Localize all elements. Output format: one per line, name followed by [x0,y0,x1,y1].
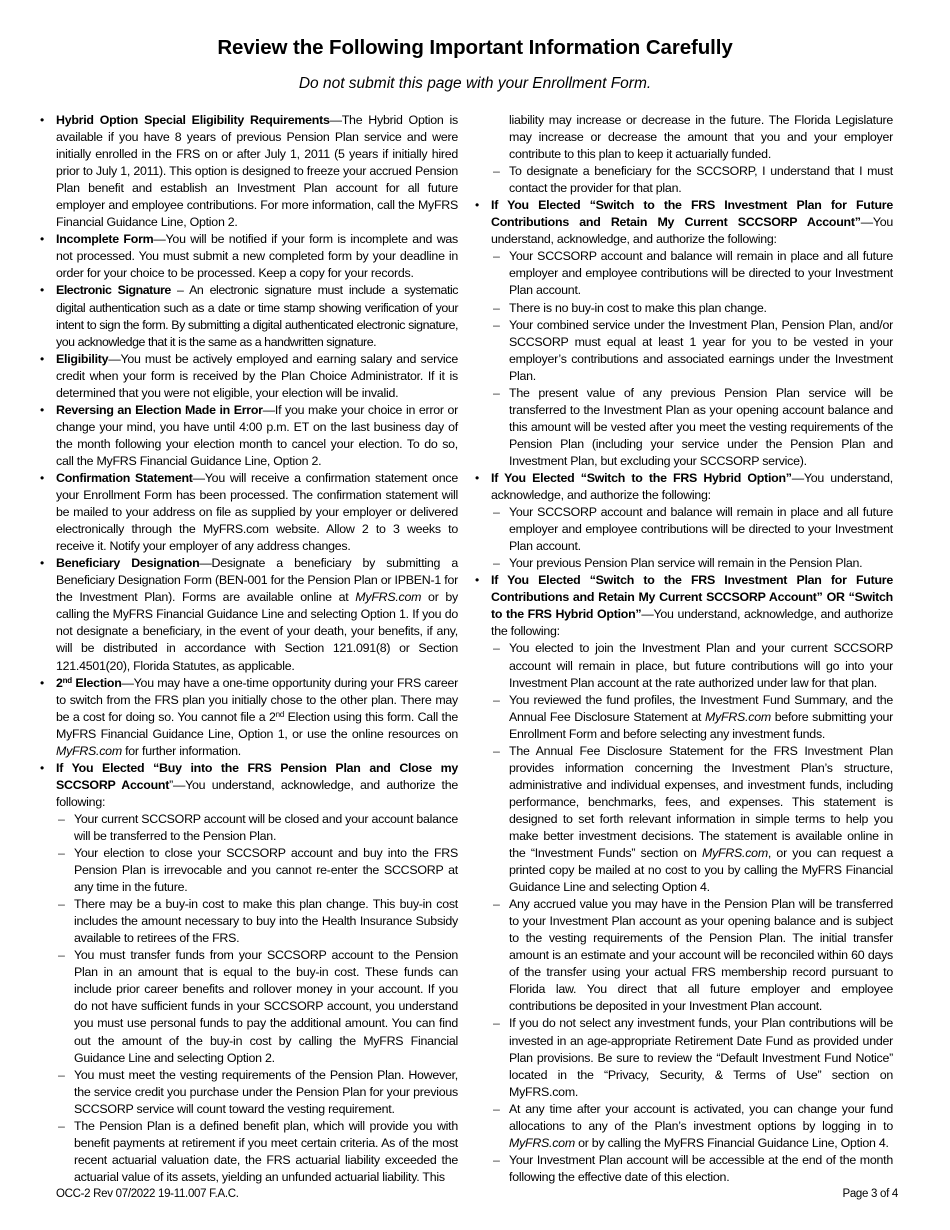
sub-item: –You elected to join the Investment Plan… [491,640,893,691]
dash-icon: – [58,1118,65,1135]
dash-icon: – [493,504,500,521]
list-item-beneficiary-designation: • Beneficiary Designation—Designate a be… [38,555,458,674]
dash-icon: – [493,317,500,334]
sub-item: –Your election to close your SCCSORP acc… [56,845,458,896]
myfrs-link: MyFRS.com [509,1136,575,1150]
item-heading: If You Elected “Switch to the FRS Invest… [491,198,893,229]
item-heading: Hybrid Option Special Eligibility Requir… [56,113,330,127]
item-body: for further information. [122,744,241,758]
page-number: Page 3 of 4 [842,1188,898,1200]
bullet-icon: • [475,470,479,487]
list-item-switch-hybrid: • If You Elected “Switch to the FRS Hybr… [473,470,893,572]
sub-item: –The Pension Plan is a defined benefit p… [56,1118,458,1186]
bullet-icon: • [40,112,44,129]
sub-list-switch-either: –You elected to join the Investment Plan… [491,640,893,1186]
sub-item: –You must transfer funds from your SCCSO… [56,947,458,1066]
sub-item: –Your previous Pension Plan service will… [491,555,893,572]
item-body: —You must be actively employed and earni… [56,352,458,400]
dash-icon: – [58,1067,65,1084]
dash-icon: – [493,555,500,572]
bullet-icon: • [40,282,44,299]
dash-icon: – [493,896,500,913]
list-item-electronic-signature: • Electronic Signature – An electronic s… [38,282,458,350]
item-heading: 2nd Election [56,676,122,690]
bullet-icon: • [40,470,44,487]
sub-item: –Your SCCSORP account and balance will r… [491,248,893,299]
dash-icon: – [493,385,500,402]
sub-item: –Your combined service under the Investm… [491,317,893,385]
dash-icon: – [493,163,500,180]
dash-icon: – [493,692,500,709]
info-list-left: • Hybrid Option Special Eligibility Requ… [38,112,458,1186]
list-item-confirmation-statement: • Confirmation Statement—You will receiv… [38,470,458,555]
sub-item: –You must meet the vesting requirements … [56,1067,458,1118]
bullet-icon: • [40,351,44,368]
sub-list-buy-into: –Your current SCCSORP account will be cl… [56,811,458,1186]
myfrs-link: MyFRS.com [355,590,421,604]
myfrs-link: MyFRS.com [702,846,768,860]
sub-item: –Your current SCCSORP account will be cl… [56,811,458,845]
sub-list-switch-investment: –Your SCCSORP account and balance will r… [491,248,893,470]
item-heading: Beneficiary Designation [56,556,199,570]
list-item-eligibility: • Eligibility—You must be actively emplo… [38,351,458,402]
list-item-hybrid-eligibility: • Hybrid Option Special Eligibility Requ… [38,112,458,231]
sub-item: –There is no buy-in cost to make this pl… [491,300,893,317]
dash-icon: – [493,1152,500,1169]
list-item-reversing-election: • Reversing an Election Made in Error—If… [38,402,458,470]
bullet-icon: • [475,197,479,214]
sub-item: –If you do not select any investment fun… [491,1015,893,1100]
list-item-switch-either: • If You Elected “Switch to the FRS Inve… [473,572,893,1186]
myfrs-link: MyFRS.com [56,744,122,758]
dash-icon: – [493,743,500,760]
sub-list-switch-hybrid: –Your SCCSORP account and balance will r… [491,504,893,572]
dash-icon: – [58,947,65,964]
continued-text: liability may increase or decrease in th… [473,112,893,163]
bullet-icon: • [40,402,44,419]
form-identifier: OCC-2 Rev 07/2022 19-11.007 F.A.C. [56,1188,239,1200]
sub-item: –You reviewed the fund profiles, the Inv… [491,692,893,743]
item-heading: Confirmation Statement [56,471,193,485]
dash-icon: – [493,300,500,317]
sub-item: –Your SCCSORP account and balance will r… [491,504,893,555]
dash-icon: – [58,896,65,913]
sub-item: –There may be a buy-in cost to make this… [56,896,458,947]
sub-list-buy-into-cont: –To designate a beneficiary for the SCCS… [473,163,893,197]
info-list-right: • If You Elected “Switch to the FRS Inve… [473,197,893,1186]
dash-icon: – [493,1015,500,1032]
dash-icon: – [58,845,65,862]
item-body: —The Hybrid Option is available if you h… [56,113,458,229]
item-heading: If You Elected “Switch to the FRS Hybrid… [491,471,792,485]
bullet-icon: • [40,675,44,692]
page-subtitle: Do not submit this page with your Enroll… [0,75,950,93]
item-heading: Eligibility [56,352,108,366]
left-column: • Hybrid Option Special Eligibility Requ… [38,112,458,1186]
dash-icon: – [493,248,500,265]
item-heading: Electronic Signature [56,283,171,297]
list-item-incomplete-form: • Incomplete Form—You will be notified i… [38,231,458,282]
dash-icon: – [493,1101,500,1118]
list-item-second-election: • 2nd Election—You may have a one-time o… [38,675,458,760]
sub-item: –Any accrued value you may have in the P… [491,896,893,1015]
right-column: liability may increase or decrease in th… [473,112,893,1186]
myfrs-link: MyFRS.com [705,710,771,724]
bullet-icon: • [475,572,479,589]
sub-item: –To designate a beneficiary for the SCCS… [491,163,893,197]
item-heading: Reversing an Election Made in Error [56,403,263,417]
bullet-icon: • [40,555,44,572]
item-heading: Incomplete Form [56,232,153,246]
bullet-icon: • [40,231,44,248]
sub-item: –The Annual Fee Disclosure Statement for… [491,743,893,896]
list-item-buy-into-pension: • If You Elected “Buy into the FRS Pensi… [38,760,458,1186]
list-item-switch-investment-plan: • If You Elected “Switch to the FRS Inve… [473,197,893,470]
page-title: Review the Following Important Informati… [0,36,950,60]
bullet-icon: • [40,760,44,777]
dash-icon: – [58,811,65,828]
sub-item: –Your Investment Plan account will be ac… [491,1152,893,1186]
dash-icon: – [493,640,500,657]
sub-item: –At any time after your account is activ… [491,1101,893,1152]
sub-item: –The present value of any previous Pensi… [491,385,893,470]
